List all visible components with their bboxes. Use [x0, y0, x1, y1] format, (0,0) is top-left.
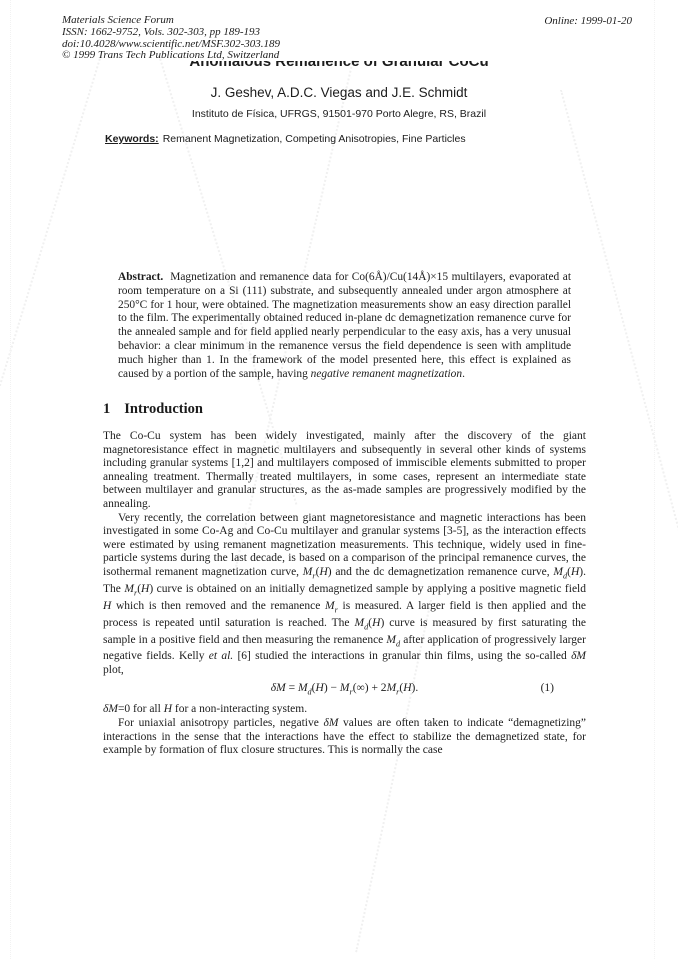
online-date: Online: 1999-01-20 [544, 15, 632, 27]
paper-page: Materials Science Forum ISSN: 1662-9752,… [0, 0, 678, 959]
intro-paragraph-2: Very recently, the correlation between g… [103, 512, 586, 678]
copyright-line: © 1999 Trans Tech Publications Ltd, Swit… [62, 50, 280, 62]
authors-line: J. Geshev, A.D.C. Viegas and J.E. Schmid… [0, 85, 678, 100]
keywords-label: Keywords: [105, 133, 159, 145]
abstract-text: Magnetization and remanence data for Co(… [118, 271, 571, 380]
watermark-line [0, 55, 102, 505]
introduction-body: The Co-Cu system has been widely investi… [103, 430, 586, 758]
keywords-text: Remanent Magnetization, Competing Anisot… [163, 133, 466, 145]
section-number: 1 [103, 401, 110, 417]
intro-paragraph-3: For uniaxial anisotropy particles, negat… [103, 717, 586, 758]
after-equation-text: δM=0 for all H for a non-interacting sys… [103, 703, 586, 717]
section-title: Introduction [124, 401, 203, 417]
equation-body: δM = Md(H) − Mr(∞) + 2Mr(H). [271, 682, 419, 694]
abstract-label: Abstract. [118, 271, 163, 283]
intro-paragraph-1: The Co-Cu system has been widely investi… [103, 430, 586, 512]
affiliation-line: Instituto de Física, UFRGS, 91501-970 Po… [0, 108, 678, 120]
section-heading: 1Introduction [103, 401, 203, 418]
watermark-line [654, 0, 655, 959]
issn-line: ISSN: 1662-9752, Vols. 302-303, pp 189-1… [62, 27, 280, 39]
equation-block: δM = Md(H) − Mr(∞) + 2Mr(H). (1) [103, 682, 586, 699]
equation-number: (1) [541, 682, 554, 696]
keywords-line: Keywords:Remanent Magnetization, Competi… [105, 133, 466, 145]
publisher-header: Materials Science Forum ISSN: 1662-9752,… [62, 15, 280, 62]
abstract-block: Abstract.Magnetization and remanence dat… [118, 271, 571, 381]
watermark-line [10, 0, 11, 959]
